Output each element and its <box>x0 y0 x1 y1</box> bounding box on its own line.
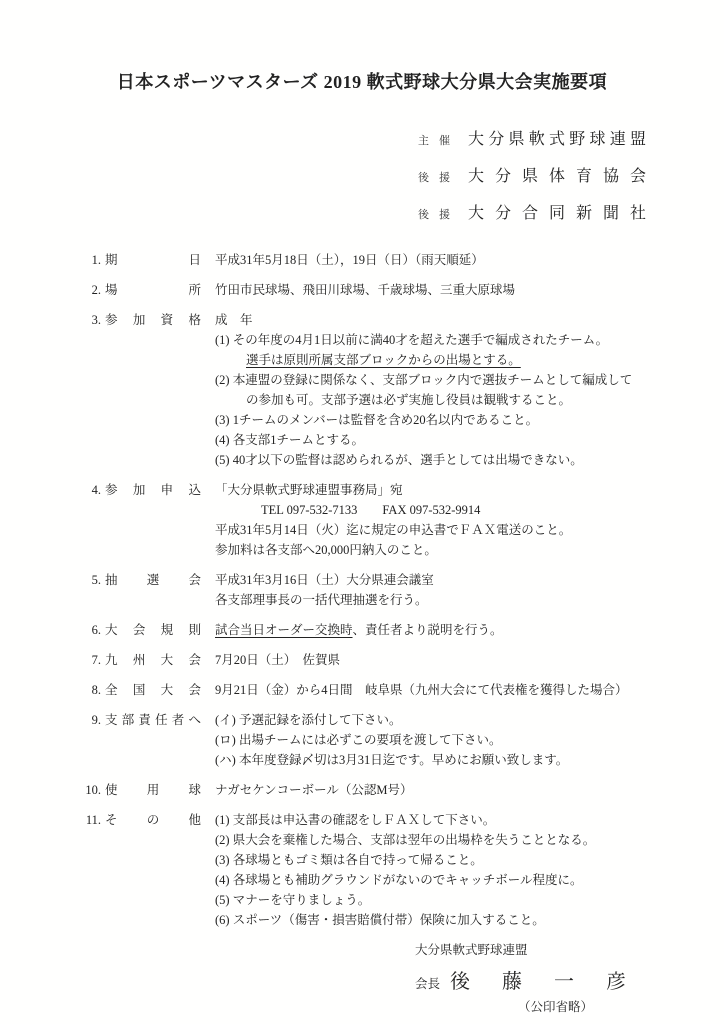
section-line: (5) マナーを守りましょう。 <box>215 890 710 910</box>
section-line: 参加料は各支部へ20,000円納入のこと。 <box>215 540 710 560</box>
section-content: 7月20日（土） 佐賀県 <box>215 650 710 670</box>
closing-block: 大分県軟式野球連盟 会長 後 藤 一 彦 （公印省略） <box>415 940 724 1017</box>
section-line: 試合当日オーダー交換時、責任者より説明を行う。 <box>215 620 710 640</box>
section-row: 4.参加申込「大分県軟式野球連盟事務局」宛TEL 097-532-7133 FA… <box>84 480 724 560</box>
section-label: 抽選会 <box>105 570 201 610</box>
section-content: 成 年(1) その年度の4月1日以前に満40才を超えた選手で編成されたチーム。選… <box>215 310 710 470</box>
section-number: 6. <box>84 620 101 640</box>
sections-list: 1.期日平成31年5月18日（土），19日（日）（雨天順延）2.場所竹田市民球場… <box>0 250 724 930</box>
text-segment: (ハ) 本年度登録〆切は3月31日迄です。早めにお願い致します。 <box>215 753 568 767</box>
section-line: (4) 各球場とも補助グラウンドがないのでキャッチボール程度に。 <box>215 870 710 890</box>
section-line: (1) その年度の4月1日以前に満40才を超えた選手で編成されたチーム。 <box>215 330 710 350</box>
section-label: 支部責任者へ <box>105 710 201 770</box>
text-segment: (4) 各球場とも補助グラウンドがないのでキャッチボール程度に。 <box>215 873 582 887</box>
text-segment: 参加料は各支部へ20,000円納入のこと。 <box>215 543 437 557</box>
section-content: 竹田市民球場、飛田川球場、千歳球場、三重大原球場 <box>215 280 710 300</box>
text-segment: (2) 本連盟の登録に関係なく、支部ブロック内で選抜チームとして編成して <box>215 373 632 387</box>
section-line: (5) 40才以下の監督は認められるが、選手としては出場できない。 <box>215 450 710 470</box>
text-segment: の参加も可。支部予選は必ず実施し役員は観戦すること。 <box>246 393 571 407</box>
text-segment: (2) 県大会を棄権した場合、支部は翌年の出場枠を失うこととなる。 <box>215 833 595 847</box>
sponsor-role-label: 主催 <box>418 132 450 148</box>
section-label: その他 <box>105 810 201 930</box>
section-line: 竹田市民球場、飛田川球場、千歳球場、三重大原球場 <box>215 280 710 300</box>
section-content: 平成31年3月16日（土）大分県連会議室各支部理事長の一括代理抽選を行う。 <box>215 570 710 610</box>
text-segment: 成 年 <box>215 313 253 327</box>
section-line: ナガセケンコーボール（公認M号） <box>215 780 710 800</box>
section-row: 1.期日平成31年5月18日（土），19日（日）（雨天順延） <box>84 250 724 270</box>
section-line: 9月21日（金）から4日間 岐阜県（九州大会にて代表権を獲得した場合） <box>215 680 710 700</box>
section-line: (ハ) 本年度登録〆切は3月31日迄です。早めにお願い致します。 <box>215 750 710 770</box>
text-segment: (6) スポーツ（傷害・損害賠償付帯）保険に加入すること。 <box>215 913 545 927</box>
section-row: 3.参加資格成 年(1) その年度の4月1日以前に満40才を超えた選手で編成され… <box>84 310 724 470</box>
section-number: 10. <box>84 780 101 800</box>
section-line: 各支部理事長の一括代理抽選を行う。 <box>215 590 710 610</box>
closing-role-label: 会長 <box>415 974 440 992</box>
section-row: 10.使用球ナガセケンコーボール（公認M号） <box>84 780 724 800</box>
closing-org: 大分県軟式野球連盟 <box>415 940 724 960</box>
section-number: 8. <box>84 680 101 700</box>
section-content: (イ) 予選記録を添付して下さい。(ロ) 出場チームには必ずこの要項を渡して下さ… <box>215 710 710 770</box>
sponsor-name: 大分県体育協会 <box>468 163 646 186</box>
section-number: 5. <box>84 570 101 610</box>
section-line: (2) 本連盟の登録に関係なく、支部ブロック内で選抜チームとして編成して <box>215 370 710 390</box>
section-line: (1) 支部長は申込書の確認をしＦＡＸして下さい。 <box>215 810 710 830</box>
section-label: 大会規則 <box>105 620 201 640</box>
section-label: 場所 <box>105 280 201 300</box>
section-number: 3. <box>84 310 101 470</box>
section-line: (イ) 予選記録を添付して下さい。 <box>215 710 710 730</box>
section-line: 平成31年5月14日（火）迄に規定の申込書でＦＡＸ電送のこと。 <box>215 520 710 540</box>
section-line: TEL 097-532-7133 FAX 097-532-9914 <box>215 500 710 520</box>
text-segment: (イ) 予選記録を添付して下さい。 <box>215 713 401 727</box>
closing-signature: 会長 後 藤 一 彦 <box>415 965 724 994</box>
text-segment: (3) 各球場ともゴミ類は各自で持って帰ること。 <box>215 853 483 867</box>
sponsor-role-label: 後援 <box>418 206 450 222</box>
underlined-text: 選手は原則所属支部ブロックからの出場とする。 <box>246 353 521 367</box>
text-segment: (1) 支部長は申込書の確認をしＦＡＸして下さい。 <box>215 813 495 827</box>
section-line: (4) 各支部1チームとする。 <box>215 430 710 450</box>
section-line: (6) スポーツ（傷害・損害賠償付帯）保険に加入すること。 <box>215 910 710 930</box>
section-line: の参加も可。支部予選は必ず実施し役員は観戦すること。 <box>215 390 710 410</box>
sponsor-block: 主催大分県軟式野球連盟後援大分県体育協会後援大分合同新聞社 <box>418 126 724 237</box>
section-line: (3) 1チームのメンバーは監督を含め20名以内であること。 <box>215 410 710 430</box>
sponsor-name: 大分合同新聞社 <box>468 200 646 223</box>
section-label: 参加資格 <box>105 310 201 470</box>
sponsor-row: 主催大分県軟式野球連盟 <box>418 126 724 163</box>
section-number: 4. <box>84 480 101 560</box>
sponsor-row: 後援大分合同新聞社 <box>418 200 724 237</box>
text-segment: (4) 各支部1チームとする。 <box>215 433 364 447</box>
sponsor-name: 大分県軟式野球連盟 <box>468 126 646 149</box>
text-segment: TEL 097-532-7133 FAX 097-532-9914 <box>261 503 480 517</box>
text-segment: 7月20日（土） 佐賀県 <box>215 653 340 667</box>
section-number: 11. <box>84 810 101 930</box>
section-number: 2. <box>84 280 101 300</box>
section-content: (1) 支部長は申込書の確認をしＦＡＸして下さい。(2) 県大会を棄権した場合、… <box>215 810 710 930</box>
text-segment: 9月21日（金）から4日間 岐阜県（九州大会にて代表権を獲得した場合） <box>215 683 628 697</box>
section-number: 7. <box>84 650 101 670</box>
section-label: 期日 <box>105 250 201 270</box>
section-row: 2.場所竹田市民球場、飛田川球場、千歳球場、三重大原球場 <box>84 280 724 300</box>
text-segment: 平成31年5月14日（火）迄に規定の申込書でＦＡＸ電送のこと。 <box>215 523 571 537</box>
section-row: 9.支部責任者へ(イ) 予選記録を添付して下さい。(ロ) 出場チームには必ずこの… <box>84 710 724 770</box>
text-segment: (5) 40才以下の監督は認められるが、選手としては出場できない。 <box>215 453 583 467</box>
section-label: 参加申込 <box>105 480 201 560</box>
section-line: 「大分県軟式野球連盟事務局」宛 <box>215 480 710 500</box>
section-content: 9月21日（金）から4日間 岐阜県（九州大会にて代表権を獲得した場合） <box>215 680 710 700</box>
section-row: 6.大会規則試合当日オーダー交換時、責任者より説明を行う。 <box>84 620 724 640</box>
section-line: (ロ) 出場チームには必ずこの要項を渡して下さい。 <box>215 730 710 750</box>
section-line: 平成31年5月18日（土），19日（日）（雨天順延） <box>215 250 710 270</box>
section-row: 11.その他(1) 支部長は申込書の確認をしＦＡＸして下さい。(2) 県大会を棄… <box>84 810 724 930</box>
section-row: 8.全国大会9月21日（金）から4日間 岐阜県（九州大会にて代表権を獲得した場合… <box>84 680 724 700</box>
document-page: 日本スポーツマスターズ 2019 軟式野球大分県大会実施要項 主催大分県軟式野球… <box>0 0 724 1024</box>
text-segment: 平成31年5月18日（土），19日（日）（雨天順延） <box>215 253 484 267</box>
section-line: (3) 各球場ともゴミ類は各自で持って帰ること。 <box>215 850 710 870</box>
underlined-text: 試合当日オーダー交換時 <box>215 623 353 637</box>
section-line: 選手は原則所属支部ブロックからの出場とする。 <box>215 350 710 370</box>
section-content: 「大分県軟式野球連盟事務局」宛TEL 097-532-7133 FAX 097-… <box>215 480 710 560</box>
section-line: 7月20日（土） 佐賀県 <box>215 650 710 670</box>
section-content: ナガセケンコーボール（公認M号） <box>215 780 710 800</box>
sponsor-row: 後援大分県体育協会 <box>418 163 724 200</box>
section-label: 使用球 <box>105 780 201 800</box>
section-content: 平成31年5月18日（土），19日（日）（雨天順延） <box>215 250 710 270</box>
section-line: (2) 県大会を棄権した場合、支部は翌年の出場枠を失うこととなる。 <box>215 830 710 850</box>
text-segment: 平成31年3月16日（土）大分県連会議室 <box>215 573 434 587</box>
section-content: 試合当日オーダー交換時、責任者より説明を行う。 <box>215 620 710 640</box>
section-row: 7.九州大会7月20日（土） 佐賀県 <box>84 650 724 670</box>
text-segment: 「大分県軟式野球連盟事務局」宛 <box>215 483 403 497</box>
text-segment: ナガセケンコーボール（公認M号） <box>215 783 413 797</box>
section-line: 平成31年3月16日（土）大分県連会議室 <box>215 570 710 590</box>
text-segment: (5) マナーを守りましょう。 <box>215 893 370 907</box>
text-segment: (ロ) 出場チームには必ずこの要項を渡して下さい。 <box>215 733 501 747</box>
text-segment: (3) 1チームのメンバーは監督を含め20名以内であること。 <box>215 413 538 427</box>
section-row: 5.抽選会平成31年3月16日（土）大分県連会議室各支部理事長の一括代理抽選を行… <box>84 570 724 610</box>
text-segment: 、責任者より説明を行う。 <box>353 623 503 637</box>
closing-president-name: 後 藤 一 彦 <box>450 965 632 994</box>
text-segment: 竹田市民球場、飛田川球場、千歳球場、三重大原球場 <box>215 283 515 297</box>
text-segment: (1) その年度の4月1日以前に満40才を超えた選手で編成されたチーム。 <box>215 333 608 347</box>
section-number: 1. <box>84 250 101 270</box>
sponsor-role-label: 後援 <box>418 169 450 185</box>
closing-seal-note: （公印省略） <box>518 997 724 1017</box>
section-line: 成 年 <box>215 310 710 330</box>
section-label: 全国大会 <box>105 680 201 700</box>
section-label: 九州大会 <box>105 650 201 670</box>
section-number: 9. <box>84 710 101 770</box>
document-title: 日本スポーツマスターズ 2019 軟式野球大分県大会実施要項 <box>0 0 724 94</box>
text-segment: 各支部理事長の一括代理抽選を行う。 <box>215 593 428 607</box>
